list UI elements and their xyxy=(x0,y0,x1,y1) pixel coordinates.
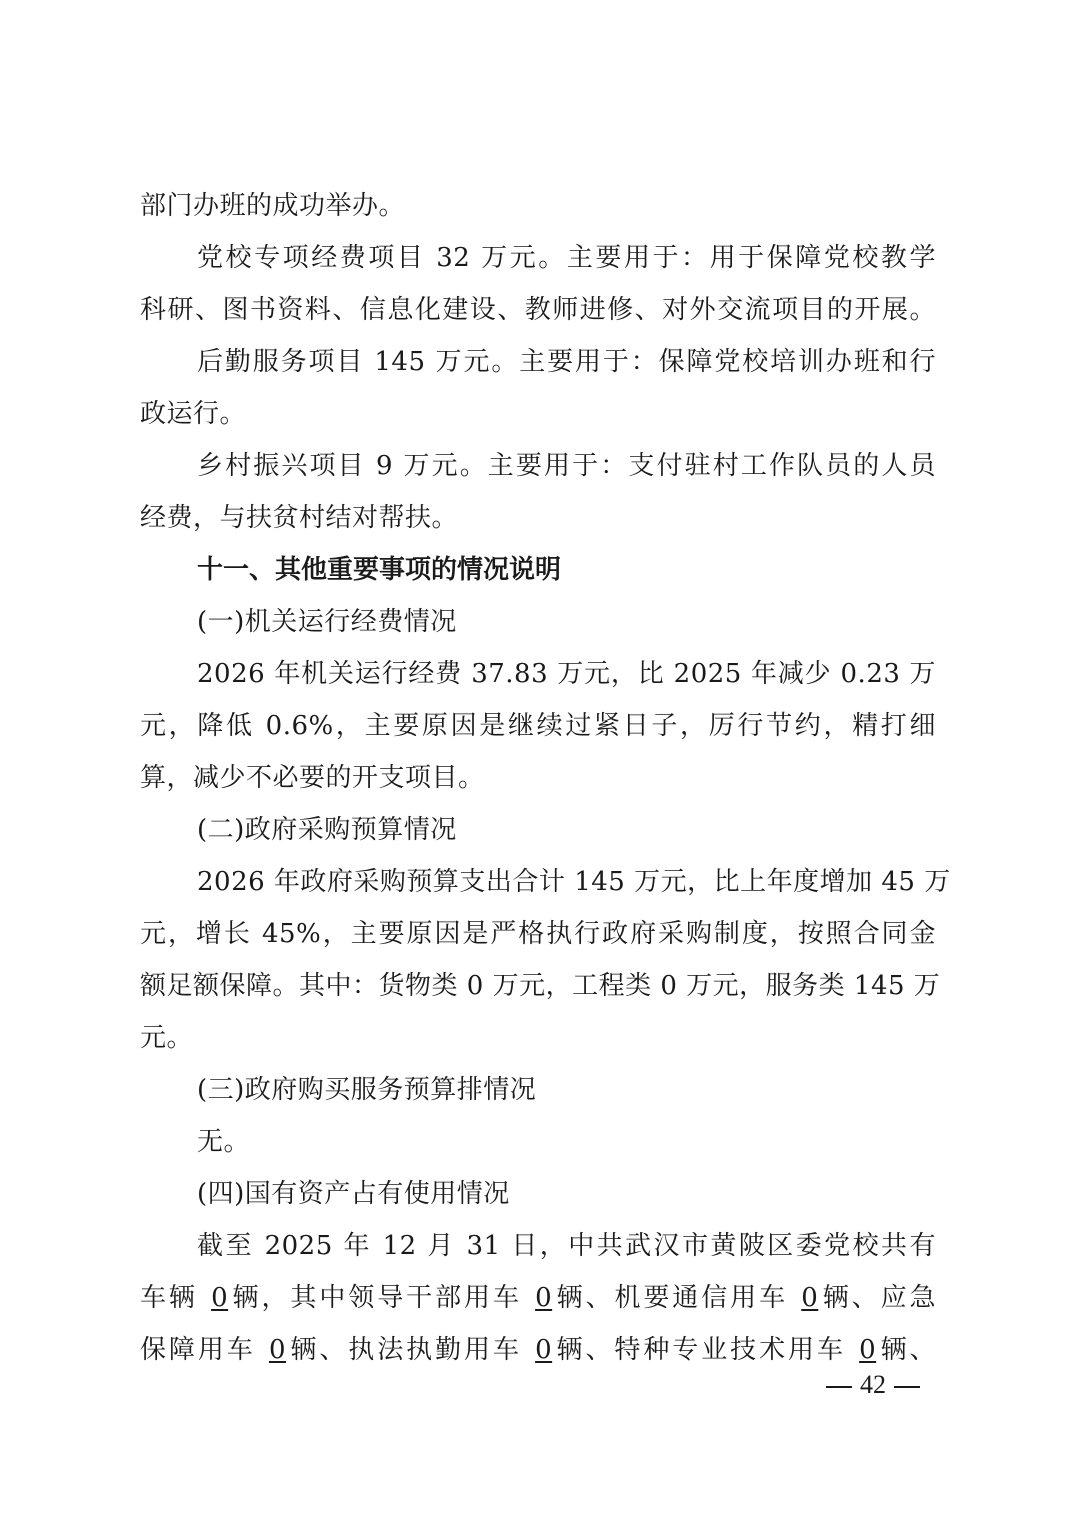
paragraph-line: 党校专项经费项目 32 万元。主要用于：用于保障党校教学 xyxy=(140,232,936,284)
paragraph-line: 后勤服务项目 145 万元。主要用于：保障党校培训办班和行 xyxy=(140,336,936,388)
paragraph-line: 额足额保障。其中：货物类 0 万元，工程类 0 万元，服务类 145 万 xyxy=(140,960,936,1012)
paragraph-line: 乡村振兴项目 9 万元。主要用于：支付驻村工作队员的人员 xyxy=(140,440,936,492)
vehicle-count-special: 0 xyxy=(857,1335,878,1365)
text-segment: 保障用车 xyxy=(140,1335,267,1365)
section-heading: 十一、其他重要事项的情况说明 xyxy=(140,544,936,596)
text-segment: 辆、应急 xyxy=(820,1283,936,1313)
paragraph-line: 2026 年机关运行经费 37.83 万元，比 2025 年减少 0.23 万 xyxy=(140,648,936,700)
text-segment: 辆、特种专业技术用车 xyxy=(554,1335,857,1365)
document-page: 部门办班的成功举办。 党校专项经费项目 32 万元。主要用于：用于保障党校教学 … xyxy=(140,180,936,1376)
paragraph-line: 2026 年政府采购预算支出合计 145 万元，比上年度增加 45 万 xyxy=(140,856,936,908)
vehicle-count-confidential: 0 xyxy=(799,1283,820,1313)
text-segment: 辆，其中领导干部用车 xyxy=(230,1283,533,1313)
paragraph-line: 算，减少不必要的开支项目。 xyxy=(140,752,936,804)
subsection-title: (三)政府购买服务预算排情况 xyxy=(140,1064,936,1116)
vehicle-count-emergency: 0 xyxy=(267,1335,288,1365)
vehicle-count-law-enforcement: 0 xyxy=(533,1335,554,1365)
paragraph-line: 元，增长 45%，主要原因是严格执行政府采购制度，按照合同金 xyxy=(140,908,936,960)
paragraph-line: 政运行。 xyxy=(140,388,936,440)
paragraph-line: 部门办班的成功举办。 xyxy=(140,180,936,232)
vehicle-count-total: 0 xyxy=(209,1283,230,1313)
subsection-title: (一)机关运行经费情况 xyxy=(140,596,936,648)
text-segment: 车辆 xyxy=(140,1283,209,1313)
subsection-title: (四)国有资产占有使用情况 xyxy=(140,1168,936,1220)
em-dash-left xyxy=(826,1386,852,1388)
paragraph-line: 经费，与扶贫村结对帮扶。 xyxy=(140,492,936,544)
text-segment: 辆、 xyxy=(878,1335,936,1365)
text-segment: 辆、执法执勤用车 xyxy=(288,1335,533,1365)
em-dash-right xyxy=(894,1386,920,1388)
paragraph-line: 截至 2025 年 12 月 31 日，中共武汉市黄陂区委党校共有 xyxy=(140,1220,936,1272)
page-number: 42 xyxy=(860,1370,886,1399)
paragraph-line: 无。 xyxy=(140,1116,936,1168)
vehicle-count-leader: 0 xyxy=(533,1283,554,1313)
subsection-title: (二)政府采购预算情况 xyxy=(140,804,936,856)
paragraph-line: 元，降低 0.6%，主要原因是继续过紧日子，厉行节约，精打细 xyxy=(140,700,936,752)
vehicle-count-line: 保障用车 0辆、执法执勤用车 0辆、特种专业技术用车 0辆、 xyxy=(140,1324,936,1376)
paragraph-line: 科研、图书资料、信息化建设、教师进修、对外交流项目的开展。 xyxy=(140,284,936,336)
paragraph-line: 元。 xyxy=(140,1012,936,1064)
text-segment: 辆、机要通信用车 xyxy=(554,1283,799,1313)
vehicle-count-line: 车辆 0辆，其中领导干部用车 0辆、机要通信用车 0辆、应急 xyxy=(140,1272,936,1324)
page-footer: 42 xyxy=(818,1370,928,1400)
